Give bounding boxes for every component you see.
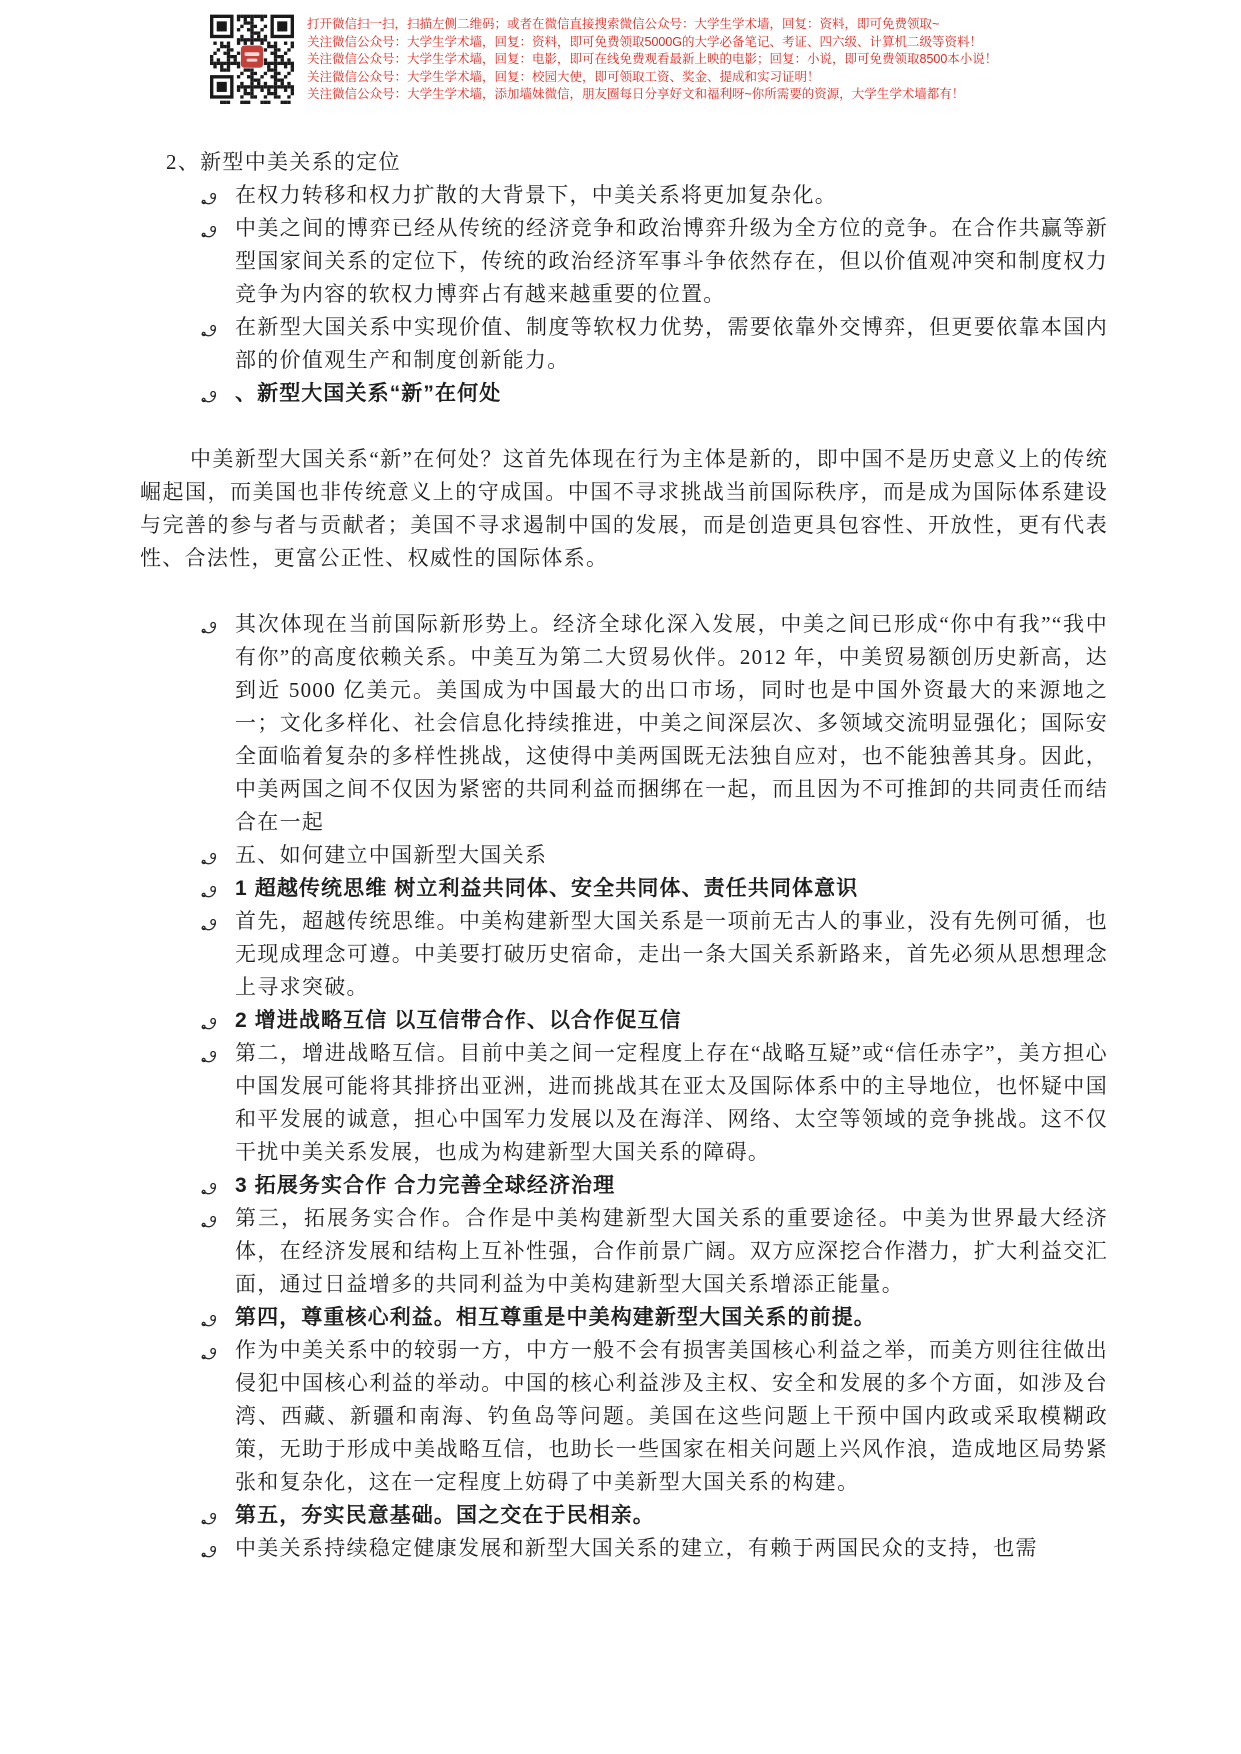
list-item: 2 增进战略互信 以互信带合作、以合作促互信 [140,1004,1108,1037]
list-item-text: 第五，夯实民意基础。国之交在于民相亲。 [235,1504,655,1527]
list-item-text: 2 增进战略互信 以互信带合作、以合作促互信 [235,1009,682,1032]
bullet-icon [200,1508,219,1527]
list-item-text: 、新型大国关系“新”在何处 [235,382,501,405]
list-item: 在权力转移和权力扩散的大背景下，中美关系将更加复杂化。 [140,179,1108,212]
promo-header: 打开微信扫一扫，扫描左侧二维码；或者在微信直接搜索微信公众号：大学生学术墙，回复… [210,14,997,106]
list-item-text: 在权力转移和权力扩散的大背景下，中美关系将更加复杂化。 [235,183,837,207]
promo-line: 关注微信公众号：大学生学术墙，回复：校园大使，即可领取工资、奖金、提成和实习证明… [307,69,997,87]
bullet-icon [200,386,219,405]
bullet-icon [200,881,219,900]
document-body: 2、新型中美关系的定位在权力转移和权力扩散的大背景下，中美关系将更加复杂化。中美… [140,146,1108,1565]
list-item: 第四，尊重核心利益。相互尊重是中美构建新型大国关系的前提。 [140,1301,1108,1334]
bullet-icon [200,221,219,240]
list-item: 在新型大国关系中实现价值、制度等软权力优势，需要依靠外交博弈，但更要依靠本国内部… [140,311,1108,377]
bullet-icon [200,617,219,636]
list-item: 其次体现在当前国际新形势上。经济全球化深入发展，中美之间已形成“你中有我”“我中… [140,608,1108,839]
list-item-text: 五、如何建立中国新型大国关系 [235,843,547,867]
list-item-text: 作为中美关系中的较弱一方，中方一般不会有损害美国核心利益之举，而美方则往往做出侵… [235,1338,1108,1494]
list-item-text: 首先，超越传统思维。中美构建新型大国关系是一项前无古人的事业，没有先例可循，也无… [235,909,1108,999]
promo-text-block: 打开微信扫一扫，扫描左侧二维码；或者在微信直接搜索微信公众号：大学生学术墙，回复… [307,14,997,106]
bullet-icon [200,1013,219,1032]
list-item-text: 1 超越传统思维 树立利益共同体、安全共同体、责任共同体意识 [235,877,858,900]
promo-line: 关注微信公众号：大学生学术墙，回复：资料，即可免费领取5000G的大学必备笔记、… [307,34,997,52]
wechat-qr-code-icon [210,14,294,106]
list-item-text: 其次体现在当前国际新形势上。经济全球化深入发展，中美之间已形成“你中有我”“我中… [235,612,1108,834]
document-page: 打开微信扫一扫，扫描左侧二维码；或者在微信直接搜索微信公众号：大学生学术墙，回复… [0,0,1241,1754]
bullet-icon [200,1046,219,1065]
bullet-icon [200,188,219,207]
bullet-icon [200,1178,219,1197]
promo-line: 关注微信公众号：大学生学术墙，添加墙妹微信，朋友圈每日分享好文和福利呀~你所需要… [307,86,997,104]
list-item-text: 第二，增进战略互信。目前中美之间一定程度上存在“战略互疑”或“信任赤字”，美方担… [235,1041,1108,1164]
list-item: 作为中美关系中的较弱一方，中方一般不会有损害美国核心利益之举，而美方则往往做出侵… [140,1334,1108,1499]
list-item-text: 中美关系持续稳定健康发展和新型大国关系的建立，有赖于两国民众的支持，也需 [235,1536,1038,1560]
list-item: 1 超越传统思维 树立利益共同体、安全共同体、责任共同体意识 [140,872,1108,905]
list-item: 中美关系持续稳定健康发展和新型大国关系的建立，有赖于两国民众的支持，也需 [140,1532,1108,1565]
list-item: 第三，拓展务实合作。合作是中美构建新型大国关系的重要途径。中美为世界最大经济体，… [140,1202,1108,1301]
bullet-icon [200,848,219,867]
list-item: 、新型大国关系“新”在何处 [140,377,1108,410]
list-item-text: 在新型大国关系中实现价值、制度等软权力优势，需要依靠外交博弈，但更要依靠本国内部… [235,315,1108,372]
paragraph: 中美新型大国关系“新”在何处？这首先体现在行为主体是新的，即中国不是历史意义上的… [140,443,1108,575]
list-item: 第五，夯实民意基础。国之交在于民相亲。 [140,1499,1108,1532]
promo-line: 打开微信扫一扫，扫描左侧二维码；或者在微信直接搜索微信公众号：大学生学术墙，回复… [307,16,997,34]
bullet-icon [200,1541,219,1560]
list-item-text: 3 拓展务实合作 合力完善全球经济治理 [235,1174,615,1197]
blank-line [140,575,1108,608]
list-item-text: 第三，拓展务实合作。合作是中美构建新型大国关系的重要途径。中美为世界最大经济体，… [235,1206,1108,1296]
list-item: 中美之间的博弈已经从传统的经济竞争和政治博弈升级为全方位的竞争。在合作共赢等新型… [140,212,1108,311]
list-item: 3 拓展务实合作 合力完善全球经济治理 [140,1169,1108,1202]
list-item-text: 第四，尊重核心利益。相互尊重是中美构建新型大国关系的前提。 [235,1306,876,1329]
list-item-text: 中美之间的博弈已经从传统的经济竞争和政治博弈升级为全方位的竞争。在合作共赢等新型… [235,216,1108,306]
blank-line [140,410,1108,443]
bullet-icon [200,1343,219,1362]
section-heading: 2、新型中美关系的定位 [166,146,1108,179]
text-run: 中美新型大国关系“新”在何处？这首先体现在行为主体是新的，即中国不是历史意义上的… [140,447,1108,570]
bullet-icon [200,320,219,339]
list-item: 第二，增进战略互信。目前中美之间一定程度上存在“战略互疑”或“信任赤字”，美方担… [140,1037,1108,1169]
bullet-icon [200,914,219,933]
bullet-icon [200,1211,219,1230]
promo-line: 关注微信公众号：大学生学术墙，回复：电影，即可在线免费观看最新上映的电影；回复：… [307,51,997,69]
list-item: 首先，超越传统思维。中美构建新型大国关系是一项前无古人的事业，没有先例可循，也无… [140,905,1108,1004]
bullet-icon [200,1310,219,1329]
list-item: 五、如何建立中国新型大国关系 [140,839,1108,872]
text-run: 2、新型中美关系的定位 [166,150,401,174]
